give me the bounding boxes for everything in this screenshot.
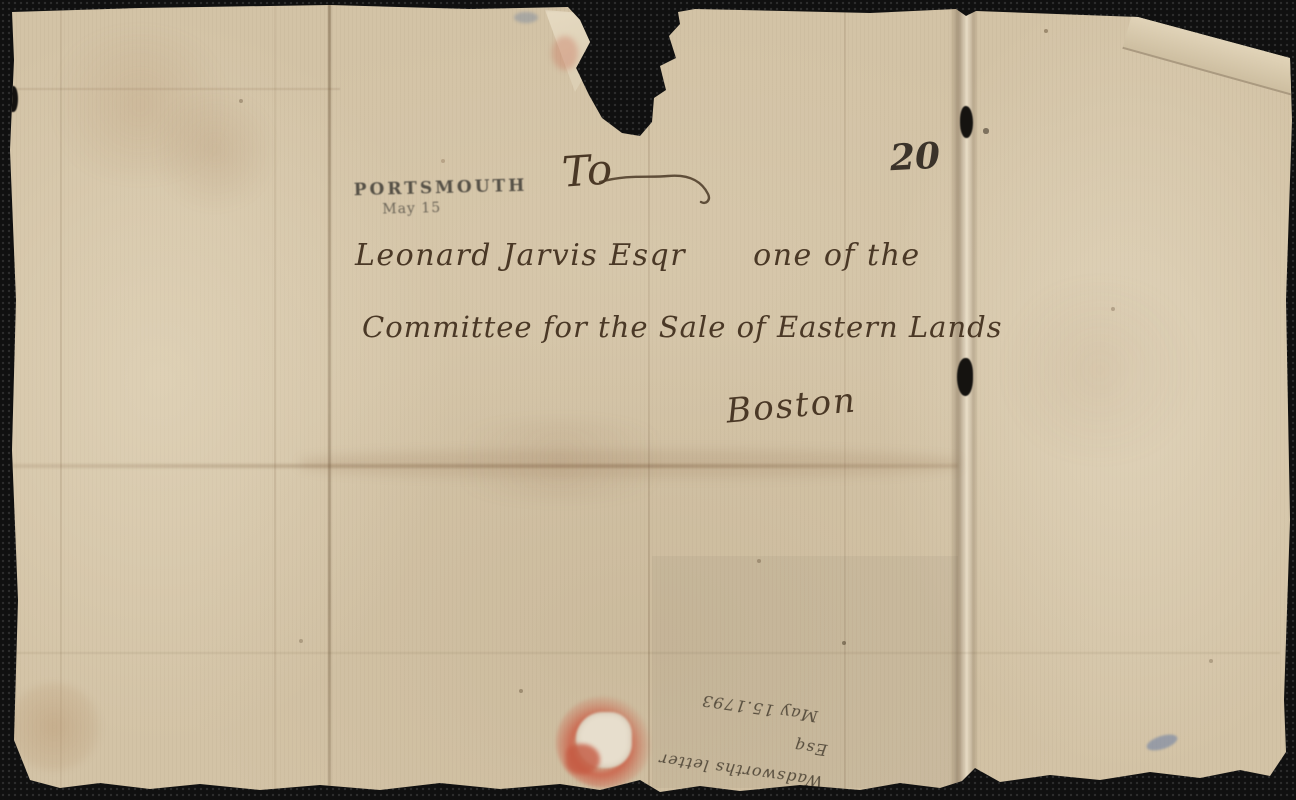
- stain-bottom-left-ring: [6, 682, 102, 772]
- postmark-stamp: PORTSMOUTH May 15: [354, 176, 528, 219]
- blue-ink-smudge-top: [514, 12, 538, 23]
- stain-center-crease: [300, 450, 960, 478]
- fold-crease-vertical-left-inner: [274, 0, 276, 800]
- stain-top-left: [40, 30, 240, 180]
- address-city: Boston: [725, 380, 859, 431]
- to-flourish: [598, 160, 728, 210]
- fold-crease-vertical-left-main: [328, 0, 331, 800]
- torn-paper-flap: [543, 8, 623, 96]
- fold-hole-upper: [960, 106, 973, 138]
- fold-crease-vertical-far-left: [60, 0, 62, 800]
- address-line-2: Committee for the Sale of Eastern Lands: [362, 310, 1003, 344]
- scanner-bed: { "scan": { "postmark": { "town": "PORTS…: [0, 0, 1296, 800]
- address-line-1: Leonard Jarvis Esqr one of the: [355, 238, 955, 273]
- corner-fold-flap: [1122, 14, 1296, 104]
- letter-cover-sheet: PORTSMOUTH May 15 To 20 Leonard Jarvis E…: [0, 0, 1296, 800]
- fold-crease-horizontal-lower: [0, 652, 1280, 654]
- fold-hole-lower: [957, 358, 973, 396]
- address-recipient: Leonard Jarvis Esqr: [355, 238, 686, 273]
- stain-left-mid: [150, 90, 280, 210]
- postmark-date: May 15: [382, 198, 528, 218]
- wax-seal-blotch: [566, 744, 600, 774]
- postal-rate: 20: [889, 135, 941, 180]
- fold-crease-horizontal-middle: [0, 464, 958, 468]
- stain-center: [420, 420, 700, 500]
- address-recipient-suffix: one of the: [753, 238, 921, 273]
- edge-nick-left: [9, 86, 18, 112]
- blue-ink-smudge-bottom-right: [1145, 731, 1179, 753]
- stain-right-mid: [990, 280, 1210, 460]
- postmark-town: PORTSMOUTH: [354, 176, 528, 201]
- foxing-specks: [0, 0, 2, 2]
- fold-crease-horizontal-top: [0, 88, 340, 90]
